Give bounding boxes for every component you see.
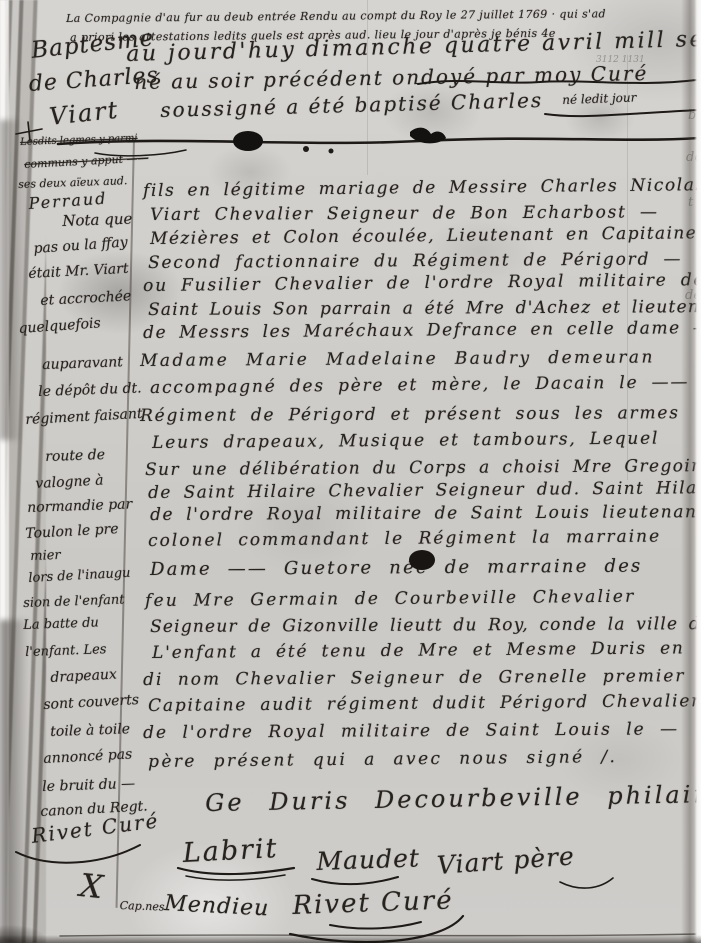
- manuscript-page: 3112 1131 b do t de Baptesme de Charles …: [0, 0, 701, 943]
- binding-shadow: [0, 620, 34, 943]
- margin-note: le bruit du —: [42, 776, 135, 795]
- charles-flourish-dash: [545, 110, 699, 116]
- body-line: di nom Chevalier Seigneur de Grenelle pr…: [143, 666, 686, 690]
- page-bottom-corner-shadow: [0, 917, 60, 943]
- body-line: Mézières et Colon écoulée, Lieutenant en…: [150, 223, 701, 249]
- body-line: colonel commandant le Régiment la marrai…: [148, 527, 661, 551]
- margin-note: route de: [45, 447, 105, 465]
- maudet-underline: [312, 877, 398, 884]
- body-closing-signatures-line: Ge Duris Decourbeville philaire: [205, 780, 701, 817]
- body-line: de l'ordre Royal militaire de Saint Loui…: [150, 502, 701, 525]
- ink-dot: [303, 146, 309, 152]
- signature-viart-pere: Viart père: [436, 841, 576, 880]
- margin-title-viart: Viart: [48, 96, 121, 131]
- ink-blot-bird: [410, 128, 446, 144]
- signature-mendieu: Mendieu: [164, 891, 270, 921]
- body-opening-line: né au soir précédent ondoyé par moy Curé: [134, 61, 648, 94]
- rivet-underline: [330, 922, 421, 929]
- body-line: de Saint Hilaire Chevalier Seigneur dud.…: [148, 478, 701, 503]
- margin-note: sont couverts: [43, 692, 139, 713]
- margin-note: drapeaux: [50, 667, 117, 686]
- body-line: Madame Marie Madelaine Baudry demeuran: [140, 347, 655, 371]
- ink-blot: [233, 131, 263, 151]
- body-line: ou Fusilier Chevalier de l'ordre Royal m…: [143, 270, 701, 296]
- body-line: Second factionnaire du Régiment de Périg…: [148, 249, 682, 273]
- body-line: Sur une délibération du Corps a choisi M…: [145, 456, 701, 480]
- labrit-underline: [178, 868, 294, 874]
- body-line: accompagné des père et mère, le Dacain l…: [150, 372, 689, 398]
- body-line: de l'ordre Royal militaire de Saint Loui…: [143, 719, 679, 743]
- page-bottom-edge: [0, 933, 701, 943]
- binding-shadow: [0, 120, 26, 440]
- labrit-underline-2: [186, 875, 285, 880]
- margin-note: toile à toile: [50, 721, 130, 740]
- body-line: Leurs drapeaux, Musique et tambours, Leq…: [152, 429, 659, 453]
- margin-note: auparavant: [42, 354, 123, 373]
- body-line: Seigneur de Gizonville lieutt du Roy, co…: [150, 614, 701, 637]
- signature-labrit: Labrit: [182, 833, 279, 869]
- body-opening-line: La Compagnie d'au fur au deub entrée Ren…: [66, 7, 606, 25]
- signature-rivet-cure: Rivet Curé: [292, 885, 454, 921]
- body-line: Saint Louis Son parrain a été Mre d'Ache…: [148, 297, 701, 320]
- body-line: Viart Chevalier Seigneur de Bon Echarbos…: [150, 202, 659, 225]
- ink-dot: [329, 149, 334, 154]
- long-strike-line: [58, 138, 699, 144]
- body-line: Dame —— Guetore née de marraine des: [150, 556, 643, 580]
- signature-maudet: Maudet: [316, 843, 420, 876]
- body-line: fils en légitime mariage de Messire Char…: [143, 175, 701, 201]
- body-superscript-ne-ledit-jour: né ledit jour: [562, 90, 637, 107]
- body-line: feu Mre Germain de Courbeville Chevalier: [145, 587, 635, 611]
- margin-note: et accrochée: [40, 288, 132, 309]
- body-line: Régiment de Périgord et présent sous les…: [140, 403, 680, 426]
- body-line: de Messrs les Maréchaux Defrance en cell…: [143, 318, 701, 343]
- body-line: père présent qui a avec nous signé /.: [148, 747, 617, 772]
- viart-swash: [560, 878, 613, 888]
- margin-x-mark: X: [78, 866, 105, 906]
- body-line: Capitaine audit régiment dudit Périgord …: [148, 691, 701, 716]
- margin-note: pas ou la ffay: [33, 234, 128, 257]
- body-line: L'enfant a été tenu de Mre et Mesme Duri…: [152, 638, 701, 663]
- margin-note-nota: Nota que: [62, 210, 133, 230]
- page-right-edge: [681, 0, 701, 943]
- body-opening-line: soussigné a été baptisé Charles: [160, 88, 543, 122]
- signature-captain-abbr: Cap.nes: [120, 899, 165, 914]
